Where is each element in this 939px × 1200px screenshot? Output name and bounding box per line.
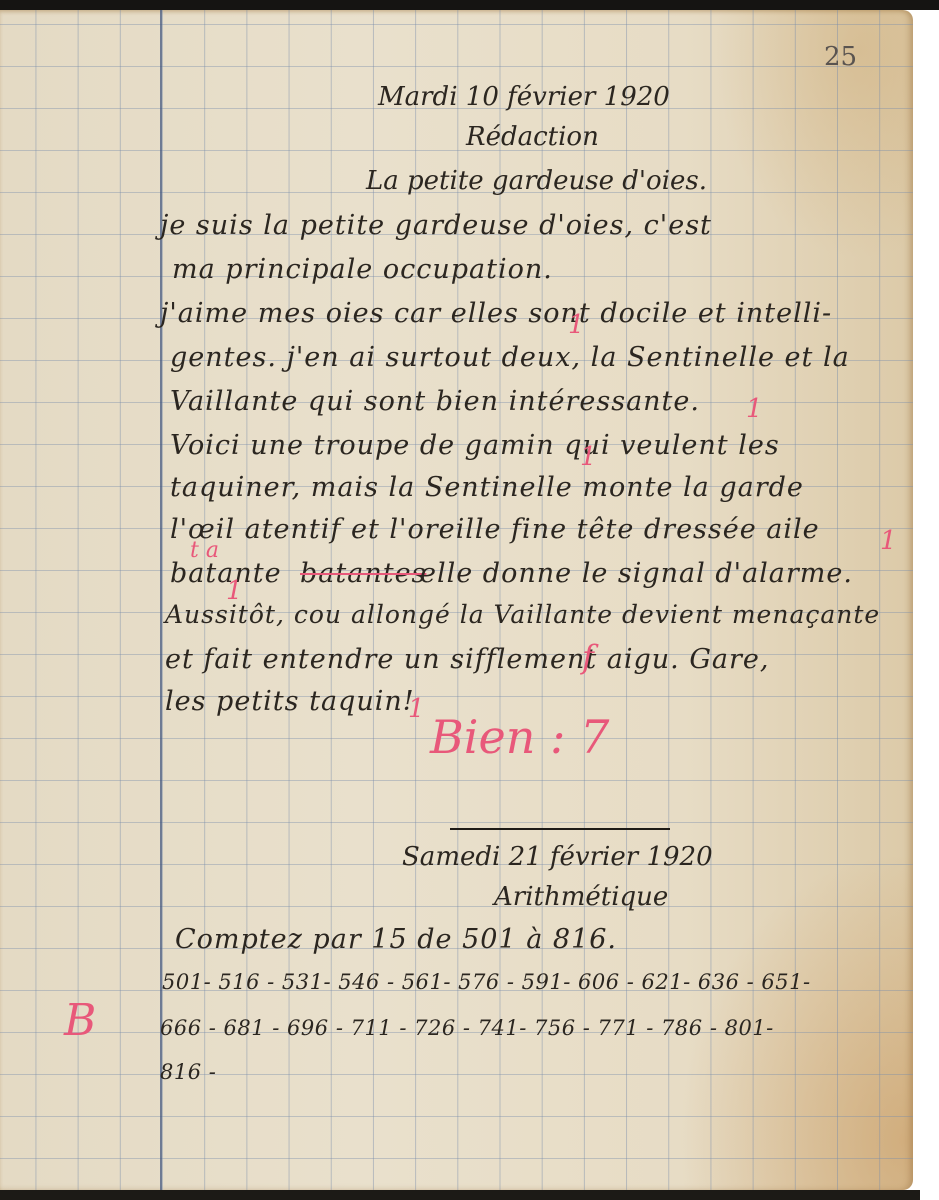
scan-top-border bbox=[0, 0, 939, 10]
essay-line-9-struck-word: batantes bbox=[300, 558, 426, 589]
number-sequence-line-1: 501- 516 - 531- 546 - 561- 576 - 591- 60… bbox=[162, 970, 811, 994]
essay-line-7: taquiner, mais la Sentinelle monte la ga… bbox=[170, 472, 804, 503]
essay-line-12: les petits taquin! bbox=[165, 686, 415, 717]
correction-mark: 1 bbox=[580, 442, 597, 472]
essay-line-4: gentes. j'en ai surtout deux, la Sentine… bbox=[170, 342, 850, 373]
number-sequence-line-2: 666 - 681 - 696 - 711 - 726 - 741- 756 -… bbox=[160, 1016, 774, 1040]
essay-line-10: Aussitôt, cou allongé la Vaillante devie… bbox=[165, 600, 880, 629]
essay-line-6: Voici une troupe de gamin qui veulent le… bbox=[170, 430, 780, 461]
essay-line-3: j'aime mes oies car elles sont docile et… bbox=[160, 298, 832, 329]
notebook-page: 25 Mardi 10 février 1920 Rédaction La pe… bbox=[0, 10, 913, 1190]
scan-bottom-border bbox=[0, 1190, 920, 1200]
correction-mark: 1 bbox=[568, 310, 585, 340]
entry1-date: Mardi 10 février 1920 bbox=[378, 82, 670, 112]
essay-line-9b: elle donne le signal d'alarme. bbox=[420, 558, 853, 589]
margin-line bbox=[160, 10, 162, 1190]
section-divider bbox=[450, 828, 670, 830]
arithmetic-instruction: Comptez par 15 de 501 à 816. bbox=[175, 924, 617, 955]
entry1-title: La petite gardeuse d'oies. bbox=[366, 166, 707, 196]
essay-line-11: et fait entendre un sifflement aigu. Gar… bbox=[165, 644, 769, 675]
correction-mark: 1 bbox=[226, 576, 243, 606]
page-number: 25 bbox=[824, 42, 857, 72]
correction-mark: 1 bbox=[880, 526, 897, 556]
essay-line-1: je suis la petite gardeuse d'oies, c'est bbox=[160, 210, 712, 241]
correction-mark: 1 bbox=[408, 694, 425, 724]
essay-line-2: ma principale occupation. bbox=[172, 254, 553, 285]
correction-mark: f bbox=[582, 638, 594, 676]
essay-line-8: l'œil atentif et l'oreille fine tête dre… bbox=[170, 514, 820, 545]
margin-grade: B bbox=[64, 995, 96, 1046]
essay-line-5: Vaillante qui sont bien intéressante. bbox=[170, 386, 700, 417]
entry1-subject: Rédaction bbox=[466, 122, 599, 152]
number-sequence-line-3: 816 - bbox=[160, 1060, 216, 1084]
correction-mark: t a bbox=[190, 538, 219, 563]
entry2-subject: Arithmétique bbox=[494, 882, 668, 912]
entry2-date: Samedi 21 février 1920 bbox=[402, 842, 713, 872]
teacher-grade: Bien : 7 bbox=[430, 710, 609, 764]
correction-mark: 1 bbox=[746, 394, 763, 424]
